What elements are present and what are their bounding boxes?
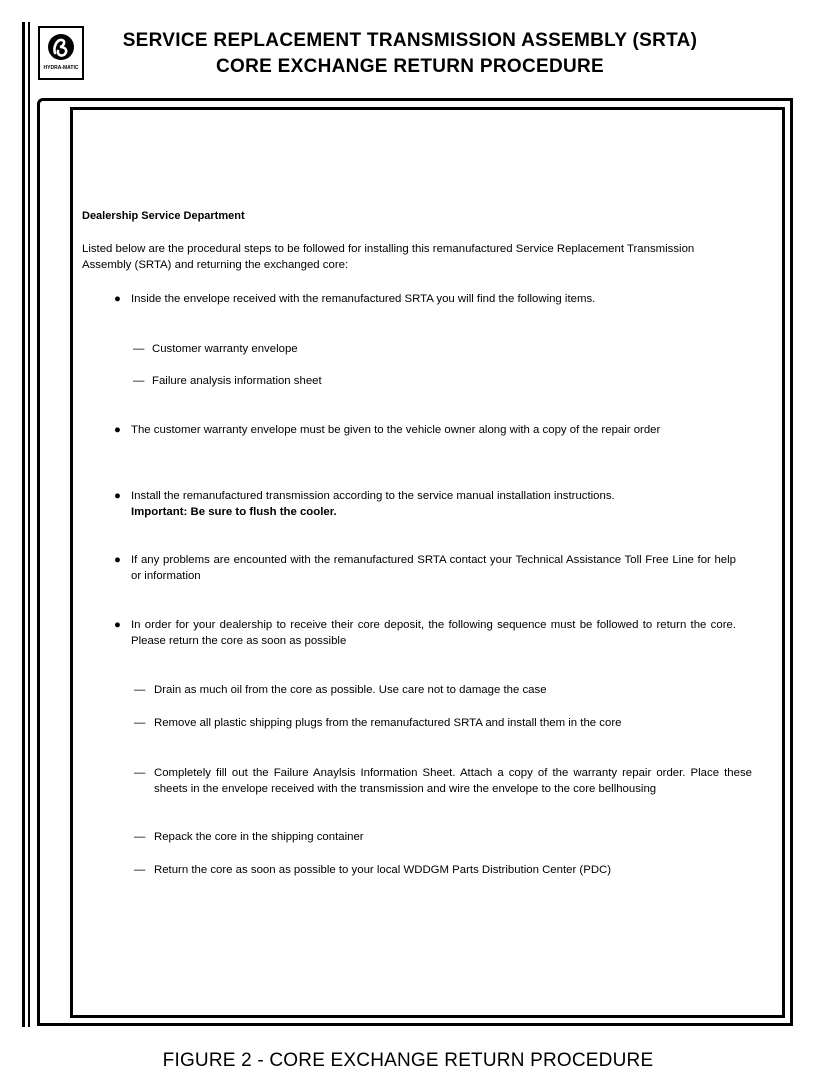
sub-item-text: Failure analysis information sheet bbox=[152, 373, 322, 389]
hydramatic-logo-icon bbox=[47, 33, 75, 61]
dash-icon: — bbox=[134, 862, 145, 878]
document-title: SERVICE REPLACEMENT TRANSMISSION ASSEMBL… bbox=[90, 30, 730, 52]
document-subtitle: CORE EXCHANGE RETURN PROCEDURE bbox=[90, 56, 730, 78]
bullet-item: ● If any problems are encounted with the… bbox=[114, 552, 736, 584]
section-heading: Dealership Service Department bbox=[82, 210, 245, 222]
bullet-text: Inside the envelope received with the re… bbox=[131, 291, 736, 307]
left-margin-rule bbox=[22, 22, 25, 1027]
bullet-item: ● Inside the envelope received with the … bbox=[114, 291, 736, 307]
bullet-icon: ● bbox=[114, 422, 126, 438]
return-step-text: Drain as much oil from the core as possi… bbox=[154, 682, 752, 698]
dash-icon: — bbox=[133, 373, 144, 389]
return-step: — Remove all plastic shipping plugs from… bbox=[134, 715, 752, 731]
return-step-text: Remove all plastic shipping plugs from t… bbox=[154, 715, 752, 731]
bullet-icon: ● bbox=[114, 291, 126, 307]
bullet-text: The customer warranty envelope must be g… bbox=[131, 422, 736, 438]
intro-paragraph: Listed below are the procedural steps to… bbox=[82, 241, 722, 273]
dash-icon: — bbox=[134, 765, 145, 781]
bullet-icon: ● bbox=[114, 617, 126, 633]
dash-icon: — bbox=[134, 829, 145, 845]
left-margin-rule-inner bbox=[28, 22, 30, 1027]
important-note: Important: Be sure to flush the cooler. bbox=[131, 504, 736, 520]
return-step-text: Repack the core in the shipping containe… bbox=[154, 829, 752, 845]
return-step-text: Completely fill out the Failure Anaylsis… bbox=[154, 765, 752, 797]
return-step: — Return the core as soon as possible to… bbox=[134, 862, 752, 878]
bullet-item: ● In order for your dealership to receiv… bbox=[114, 617, 736, 649]
bullet-item: ● The customer warranty envelope must be… bbox=[114, 422, 736, 438]
dash-icon: — bbox=[134, 715, 145, 731]
sub-item: — Customer warranty envelope bbox=[133, 341, 298, 357]
figure-caption: FIGURE 2 - CORE EXCHANGE RETURN PROCEDUR… bbox=[0, 1050, 816, 1072]
return-step: — Repack the core in the shipping contai… bbox=[134, 829, 752, 845]
hydramatic-logo: HYDRA-MATIC bbox=[38, 26, 84, 80]
sub-item: — Failure analysis information sheet bbox=[133, 373, 322, 389]
bullet-text: Install the remanufactured transmission … bbox=[131, 488, 736, 504]
logo-wordmark: HYDRA-MATIC bbox=[40, 65, 82, 71]
return-step: — Completely fill out the Failure Anayls… bbox=[134, 765, 752, 797]
bullet-icon: ● bbox=[114, 488, 126, 504]
dash-icon: — bbox=[133, 341, 144, 357]
bullet-item: ● Install the remanufactured transmissio… bbox=[114, 488, 736, 520]
bullet-icon: ● bbox=[114, 552, 126, 568]
dash-icon: — bbox=[134, 682, 145, 698]
return-step: — Drain as much oil from the core as pos… bbox=[134, 682, 752, 698]
bullet-text: If any problems are encounted with the r… bbox=[131, 552, 736, 584]
sub-item-text: Customer warranty envelope bbox=[152, 341, 298, 357]
bullet-text: In order for your dealership to receive … bbox=[131, 617, 736, 649]
return-step-text: Return the core as soon as possible to y… bbox=[154, 862, 752, 878]
